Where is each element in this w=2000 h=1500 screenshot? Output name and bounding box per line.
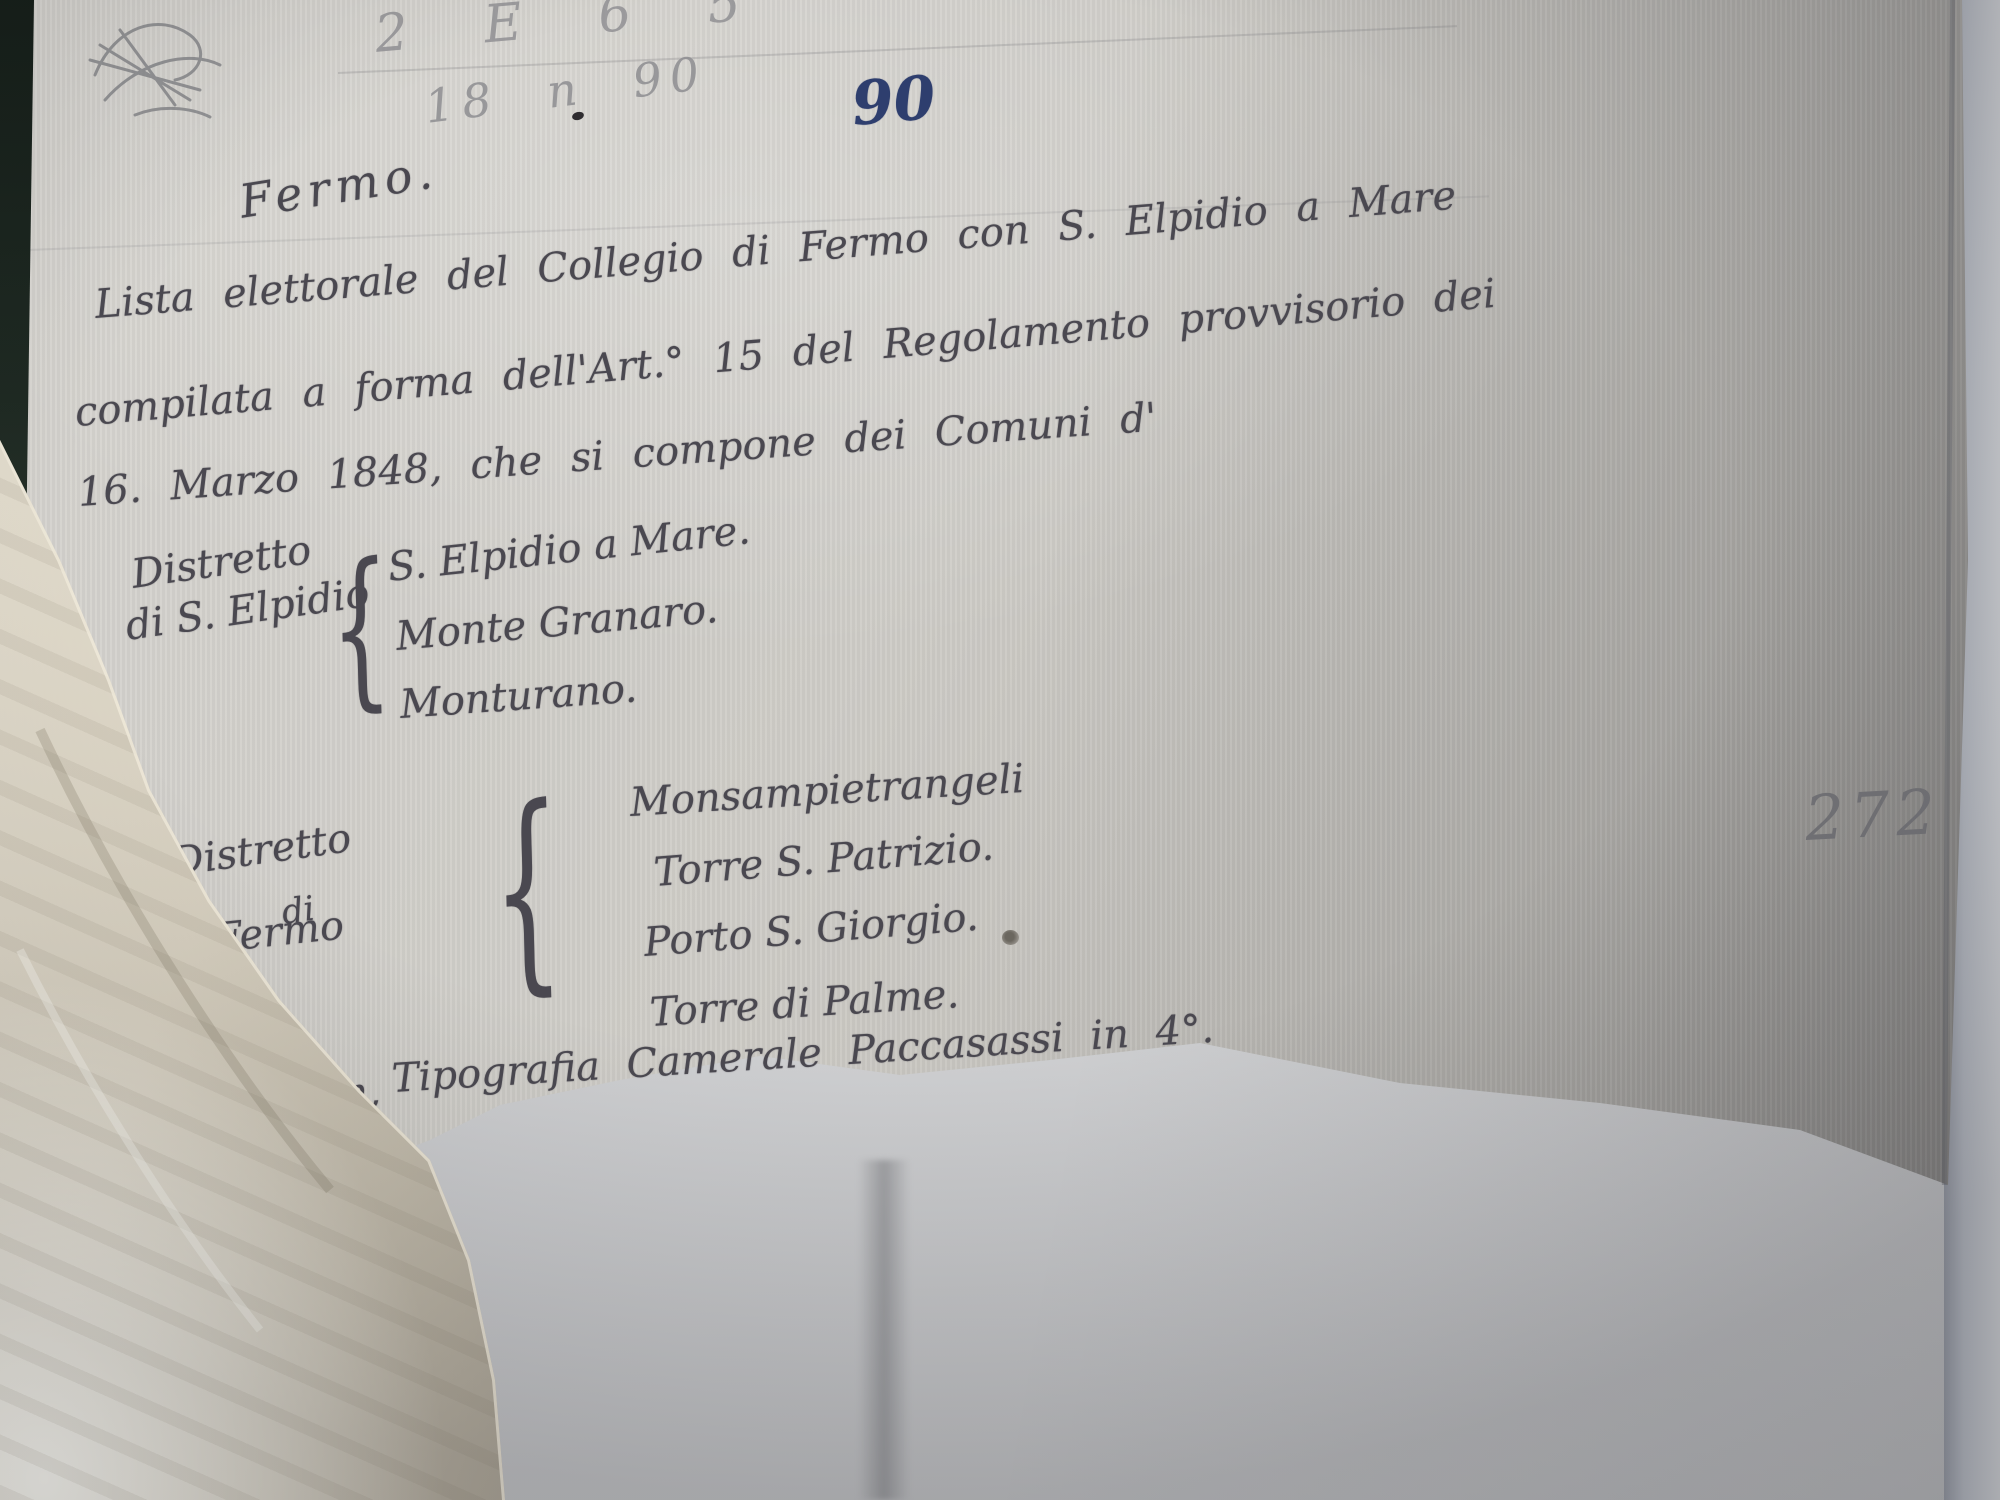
table-shadow	[858, 1160, 910, 1500]
paper-hole	[1002, 930, 1019, 945]
number-ink: 90	[849, 63, 938, 140]
page-number-pencil: 272	[1803, 775, 1943, 855]
pencil-scribble	[80, 5, 260, 145]
brace-icon: {	[490, 765, 566, 1016]
brace-icon: {	[328, 531, 394, 724]
archival-photo: 2 E 6 5 18 n 90 90 Fermo. Lista elettora…	[0, 0, 2000, 1500]
